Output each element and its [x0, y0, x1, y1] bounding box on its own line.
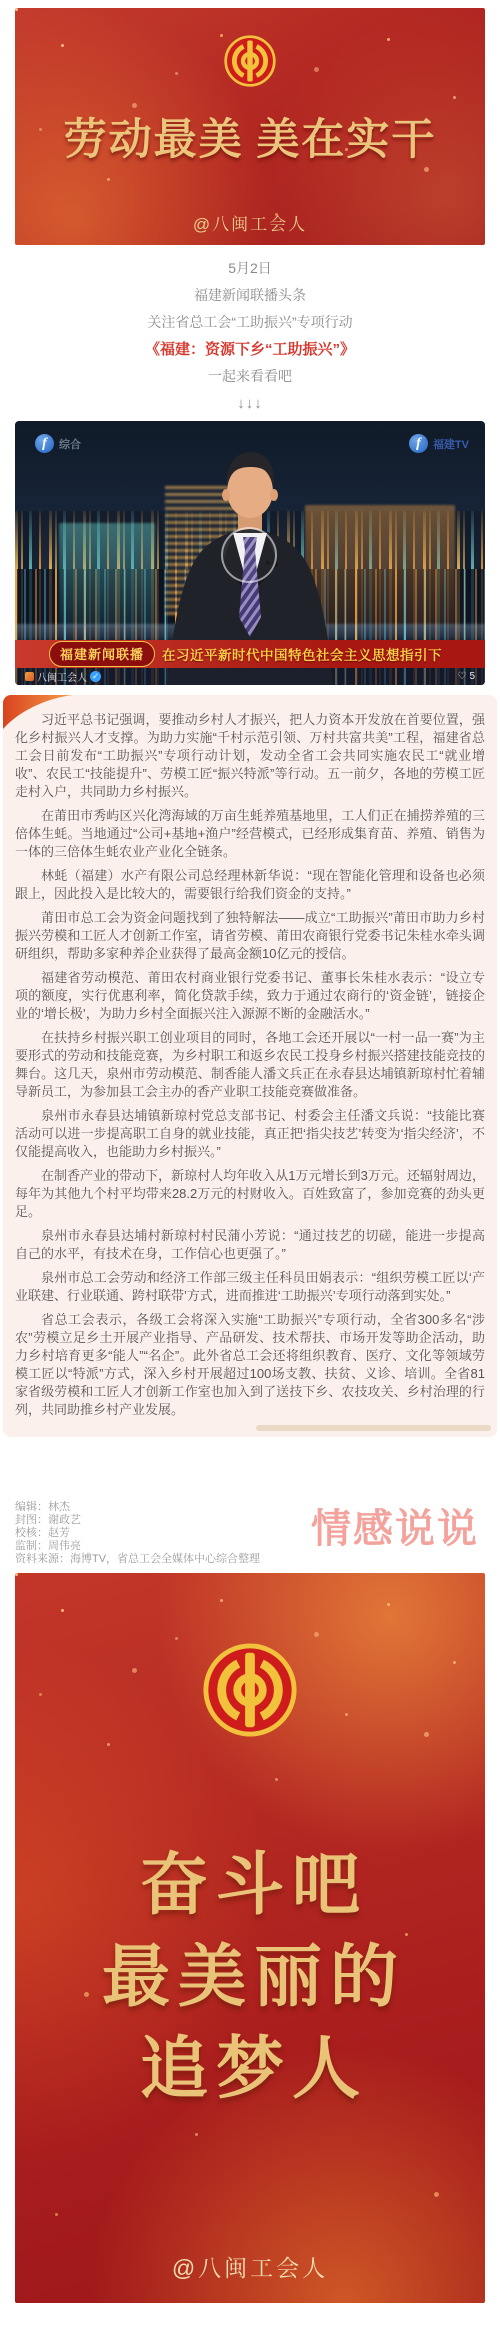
intro-line: 5月2日 — [15, 261, 485, 276]
union-emblem-icon — [201, 1641, 299, 1739]
article-paragraph: 在制香产业的带动下，新琼村人均年收入从1万元增长到3万元。还辐射周边，每年为其他… — [15, 1167, 485, 1221]
article-paragraphs: 习近平总书记强调，要推动乡村人才振兴，把人力资本开发放在首要位置，强化乡村振兴人… — [15, 711, 485, 1419]
channel-logo-right: f 福建TV — [409, 434, 469, 453]
sparkle-dots — [15, 8, 18, 11]
poster-slogan: 奋斗吧最美丽的追梦人 — [15, 1839, 485, 2115]
article-paragraph: 福建省劳动模范、莆田农村商业银行党委书记、董事长朱桂水表示：“设立专项的额度，实… — [15, 969, 485, 1023]
poster-slogan-line: 奋斗吧 — [15, 1839, 485, 1931]
intro-block: 5月2日福建新闻联播头条关注省总工会“工助振兴”专项行动 《福建：资源下乡“工助… — [15, 245, 485, 411]
top-banner: 劳动最美 美在实干 @八闽工会人 — [15, 8, 485, 245]
sparkle-dots — [15, 1573, 18, 1576]
like-count: 5 — [469, 671, 475, 682]
intro-tail: 一起来看看吧 — [15, 369, 485, 384]
union-emblem-icon — [223, 34, 277, 88]
poster-slogan-line: 追梦人 — [15, 2023, 485, 2115]
article-paragraph: 泉州市总工会劳动和经济工作部三级主任科员田娟表示：“组织劳模工匠以‘产业联建、行… — [15, 1269, 485, 1305]
account-handle: @八闽工会人 — [15, 2250, 485, 2283]
video-watermark: 八闽工会人 — [37, 669, 87, 684]
video-title-link[interactable]: 《福建：资源下乡“工助振兴”》 — [15, 342, 485, 357]
article-paragraph: 林蚝（福建）水产有限公司总经理林新华说：“现在智能化管理和设备也必须跟上，因此投… — [15, 867, 485, 903]
article-paragraph: 习近平总书记强调，要推动乡村人才振兴，把人力资本开发放在首要位置，强化乡村振兴人… — [15, 711, 485, 801]
fujian-tv-icon: f — [35, 434, 54, 453]
ticker-badge: 福建新闻联播 — [49, 641, 155, 667]
watermark-logo-icon — [25, 672, 34, 681]
credits-block: 编辑：林杰封图：谢政艺校核：赵芳监制：周伟亮资料来源：海博TV，省总工会全媒体中… — [15, 1501, 485, 1567]
poster-slogan-line: 最美丽的 — [15, 1931, 485, 2023]
heart-icon: ♡ — [457, 671, 466, 682]
article-paragraph: 在莆田市秀屿区兴化湾海域的万亩生蚝养殖基地里，工人们正在捕捞养殖的三倍体生蚝。当… — [15, 807, 485, 861]
video-player[interactable]: f 综合 f 福建TV 福建新闻联播 在习近平新时代中国特色社会主义思想指引下 … — [15, 421, 485, 685]
video-info-bar: 八闽工会人 ✓ ♡ 5 — [15, 668, 485, 685]
corner-decoration — [3, 695, 73, 729]
play-button[interactable] — [221, 527, 277, 583]
article-paragraph: 泉州市永春县达埔村新琼村村民蒲小芳说：“通过技艺的切磋，能进一步提高自己的水平，… — [15, 1227, 485, 1263]
credit-line: 资料来源：海博TV，省总工会全媒体中心综合整理 — [15, 1553, 485, 1566]
fujian-tv-icon: f — [409, 434, 428, 453]
down-arrows-icon: ↓↓↓ — [15, 396, 485, 411]
article-body: 习近平总书记强调，要推动乡村人才振兴，把人力资本开发放在首要位置，强化乡村振兴人… — [3, 695, 497, 1437]
bottom-banner: 奋斗吧最美丽的追梦人 @八闽工会人 — [15, 1573, 485, 2303]
verified-badge-icon: ✓ — [90, 671, 101, 682]
article-paragraph: 在扶持乡村振兴职工创业项目的同时，各地工会还开展以“一村一品一赛”为主要形式的劳… — [15, 1029, 485, 1101]
banner-title: 劳动最美 美在实干 — [15, 116, 485, 166]
ticker-text: 在习近平新时代中国特色社会主义思想指引下 — [162, 644, 442, 664]
channel-logo-left: f 综合 — [35, 434, 81, 453]
article-paragraph: 泉州市永春县达埔镇新琼村党总支部书记、村委会主任潘文兵说：“技能比赛活动可以进一… — [15, 1107, 485, 1161]
article-paragraph: 莆田市总工会为资金问题找到了独特解法——成立“工助振兴”莆田市助力乡村振兴劳模和… — [15, 909, 485, 963]
footer-decoration — [256, 1425, 491, 1431]
page-watermark: 情感说说 — [311, 1497, 479, 1554]
news-ticker: 福建新闻联播 在习近平新时代中国特色社会主义思想指引下 — [15, 640, 485, 668]
intro-line: 福建新闻联播头条 — [15, 288, 485, 303]
account-handle: @八闽工会人 — [15, 210, 485, 235]
article-paragraph: 省总工会表示，各级工会将深入实施“工助振兴”专项行动，全省300多名“涉农”劳模… — [15, 1311, 485, 1419]
intro-lines: 5月2日福建新闻联播头条关注省总工会“工助振兴”专项行动 — [15, 261, 485, 330]
intro-line: 关注省总工会“工助振兴”专项行动 — [15, 315, 485, 330]
